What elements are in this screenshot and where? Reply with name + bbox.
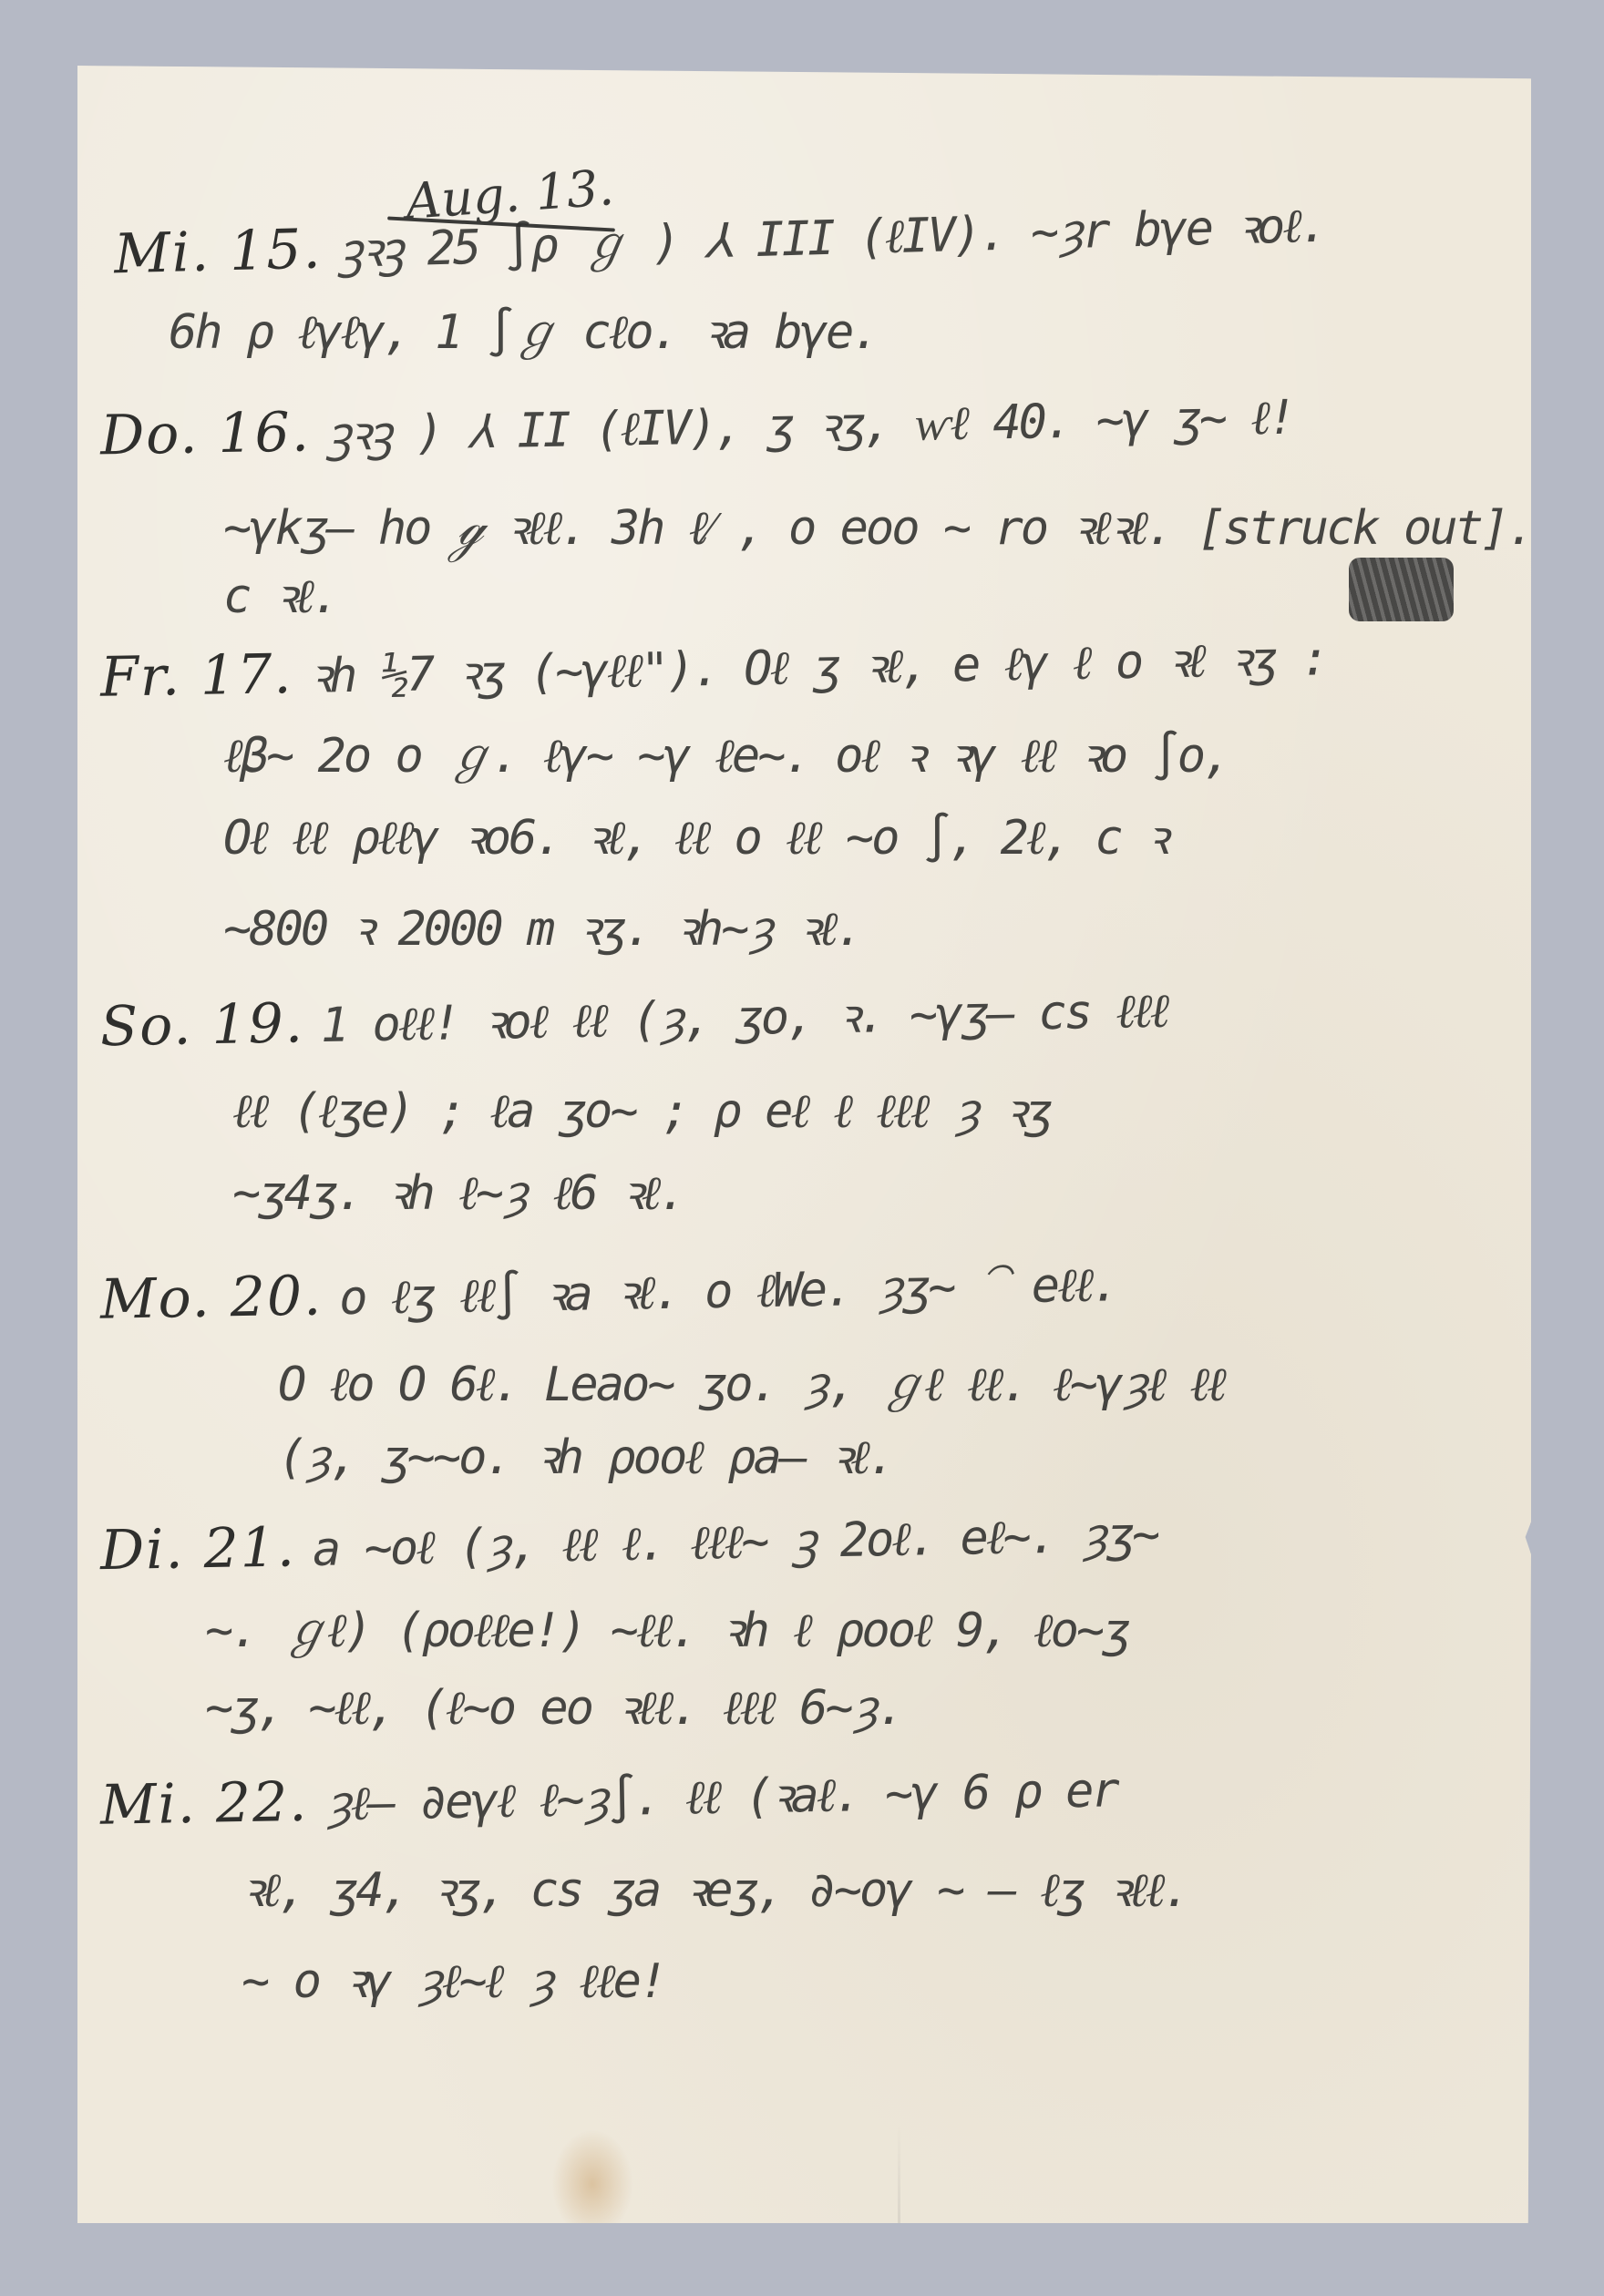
shorthand-text: ℓℓ (ℓʒe) ; ℓa ʒo~ ; ρ eℓ ℓ ℓℓℓ ȝ ꝛʒ xyxy=(232,1084,1050,1139)
water-stain xyxy=(551,2129,633,2239)
entry-line: ~ʒ4ʒ. ꝛh ℓ~ȝ ℓ6 ꝛℓ. xyxy=(232,1159,684,1224)
shorthand-text: ~. ℊℓ) (ρoℓℓe!) ~ℓℓ. ꝛh ℓ ρooℓ 9, ℓo~ʒ xyxy=(205,1604,1128,1658)
shorthand-text: ~800 ꝛ 2000 m ꝛʒ. ꝛh~ȝ ꝛℓ. xyxy=(223,902,861,957)
entry-date: Fr. 17. xyxy=(99,642,293,710)
shorthand-text: ~ʒ, ~ℓℓ, (ℓ~o eo ꝛℓℓ. ℓℓℓ 6~ȝ. xyxy=(205,1681,902,1736)
entry-line: ~. ℊℓ) (ρoℓℓe!) ~ℓℓ. ꝛh ℓ ρooℓ 9, ℓo~ʒ xyxy=(205,1592,1128,1661)
shorthand-text: 6h ρ ℓγℓγ, 1 ∫ℊ cℓo. ꝛa bγe. xyxy=(169,305,878,360)
shorthand-text: o ℓʒ ℓℓ∫ ꝛa ꝛℓ. o ℓWe. ȝʒ~ ⁀ eℓℓ. xyxy=(339,1257,1118,1326)
entry-date: Di. 21. xyxy=(99,1515,296,1583)
entry-line: (ȝ, ʒ~~o. ꝛh ρooℓ ρa— ꝛℓ. xyxy=(278,1423,893,1488)
entry-line: ℓℓ (ℓʒe) ; ℓa ʒo~ ; ρ eℓ ℓ ℓℓℓ ȝ ꝛʒ xyxy=(232,1077,1050,1142)
shorthand-text: ~ʒ4ʒ. ꝛh ℓ~ȝ ℓ6 ꝛℓ. xyxy=(232,1166,684,1221)
entry-date: Mi. 22. xyxy=(99,1770,308,1838)
entry-line: Mo. 20.o ℓʒ ℓℓ∫ ꝛa ꝛℓ. o ℓWe. ȝʒ~ ⁀ eℓℓ. xyxy=(99,1250,1117,1332)
paper-crease xyxy=(898,2125,900,2289)
shorthand-text: (ȝ, ʒ~~o. ꝛh ρooℓ ρa— ꝛℓ. xyxy=(278,1430,893,1485)
shorthand-text: Oℓ ℓℓ ρℓℓγ ꝛo6. ꝛℓ, ℓℓ o ℓℓ ~o ∫, 2ℓ, c … xyxy=(223,811,1166,866)
entry-line: Mi. 22.ȝℓ— ∂eγℓ ℓ~ȝ∫. ℓℓ (ꝛaℓ. ~γ 6 ρ er xyxy=(99,1756,1117,1838)
entry-line: ~ o ꝛγ ȝℓ~ℓ ȝ ℓℓe! xyxy=(242,1947,664,2012)
entry-date: Do. 16. xyxy=(99,400,311,467)
entry-line: ꝛℓ, ʒ4, ꝛʒ, cs ʒa ꝛeʒ, ∂~oγ ~ — ℓʒ ꝛℓℓ. xyxy=(242,1856,1188,1921)
entry-line: ℓβ~ 2o o ℊ. ℓγ~ ~γ ℓe~. oℓ ꝛ ꝛγ ℓℓ ꝛo ∫o… xyxy=(223,717,1229,786)
shorthand-text: ~γkʒ— ho ℊ ꝛℓℓ. 3h ℓ⁄ , o eoo ~ ro ꝛℓꝛℓ.… xyxy=(223,501,1533,556)
entry-line: 6h ρ ℓγℓγ, 1 ∫ℊ cℓo. ꝛa bγe. xyxy=(169,293,878,363)
shorthand-text: c ꝛℓ. xyxy=(223,569,337,624)
entry-line: ~γkʒ— ho ℊ ꝛℓℓ. 3h ℓ⁄ , o eoo ~ ro ꝛℓꝛℓ.… xyxy=(223,494,1533,559)
entry-line: Oℓ ℓℓ ρℓℓγ ꝛo6. ꝛℓ, ℓℓ o ℓℓ ~o ∫, 2ℓ, c … xyxy=(223,804,1166,868)
entry-date: So. 19. xyxy=(99,991,304,1059)
entry-line: Do. 16.ꝫꝛꝫ ) ⅄ II (ℓIV), ʒ ꝛʒ, ⱳℓ 40. ~γ… xyxy=(99,384,1293,469)
shorthand-text: 1 oℓℓ! ꝛoℓ ℓℓ (ȝ, ʒo, ꝛ. ~γʒ— cs ℓℓℓ xyxy=(320,984,1167,1053)
entry-line: O ℓo O 6ℓ. Leao~ ʒo. ȝ, ℊℓ ℓℓ. ℓ~γȝℓ ℓℓ xyxy=(278,1346,1224,1414)
entry-line: Fr. 17.ꝛh ½7 ꝛʒ (~γℓℓ"). Oℓ ʒ ꝛℓ, e ℓγ ℓ… xyxy=(99,624,1327,710)
manuscript-page: Aug. 13. Mi. 15.ꝫꝛꝫ 25 ∫ρ ℊ ) ⅄ III (ℓIV… xyxy=(77,66,1531,2223)
entry-line: Di. 21.a ~oℓ (ȝ, ℓℓ ℓ. ℓℓℓ~ ꝫ 2oℓ. eℓ~. … xyxy=(99,1501,1157,1584)
shorthand-text: ꝛℓ, ʒ4, ꝛʒ, cs ʒa ꝛeʒ, ∂~oγ ~ — ℓʒ ꝛℓℓ. xyxy=(242,1863,1188,1918)
entry-line: ~ʒ, ~ℓℓ, (ℓ~o eo ꝛℓℓ. ℓℓℓ 6~ȝ. xyxy=(205,1674,902,1738)
entry-line: So. 19.1 oℓℓ! ꝛoℓ ℓℓ (ȝ, ʒo, ꝛ. ~γʒ— cs … xyxy=(99,977,1167,1060)
shorthand-text: ℓβ~ 2o o ℊ. ℓγ~ ~γ ℓe~. oℓ ꝛ ꝛγ ℓℓ ꝛo ∫o… xyxy=(223,729,1229,784)
struck-out-blot xyxy=(1349,558,1454,621)
entry-line: c ꝛℓ. xyxy=(223,562,337,627)
shorthand-text: ~ o ꝛγ ȝℓ~ℓ ȝ ℓℓe! xyxy=(242,1954,664,2009)
shorthand-text: ꝫꝛꝫ ) ⅄ II (ℓIV), ʒ ꝛʒ, ⱳℓ 40. ~γ ʒ~ ℓ! xyxy=(326,391,1294,463)
entry-line: Mi. 15.ꝫꝛꝫ 25 ∫ρ ℊ ) ⅄ III (ℓIV). ~ȝr bγ… xyxy=(113,187,1326,288)
entry-date: Mo. 20. xyxy=(99,1264,323,1331)
shorthand-text: ȝℓ— ∂eγℓ ℓ~ȝ∫. ℓℓ (ꝛaℓ. ~γ 6 ρ er xyxy=(324,1763,1117,1831)
shorthand-text: ꝛh ½7 ꝛʒ (~γℓℓ"). Oℓ ʒ ꝛℓ, e ℓγ ℓ o ꝛℓ ꝛ… xyxy=(309,631,1327,703)
shorthand-text: a ~oℓ (ȝ, ℓℓ ℓ. ℓℓℓ~ ꝫ 2oℓ. eℓ~. ȝʒ~ xyxy=(312,1508,1157,1577)
entry-date: Mi. 15. xyxy=(113,217,323,286)
entry-line: ~800 ꝛ 2000 m ꝛʒ. ꝛh~ȝ ꝛℓ. xyxy=(223,895,861,959)
shorthand-text: O ℓo O 6ℓ. Leao~ ʒo. ȝ, ℊℓ ℓℓ. ℓ~γȝℓ ℓℓ xyxy=(278,1358,1224,1412)
shorthand-text: ꝫꝛꝫ 25 ∫ρ ℊ ) ⅄ III (ℓIV). ~ȝr bγe ꝛoℓ. xyxy=(338,199,1326,279)
